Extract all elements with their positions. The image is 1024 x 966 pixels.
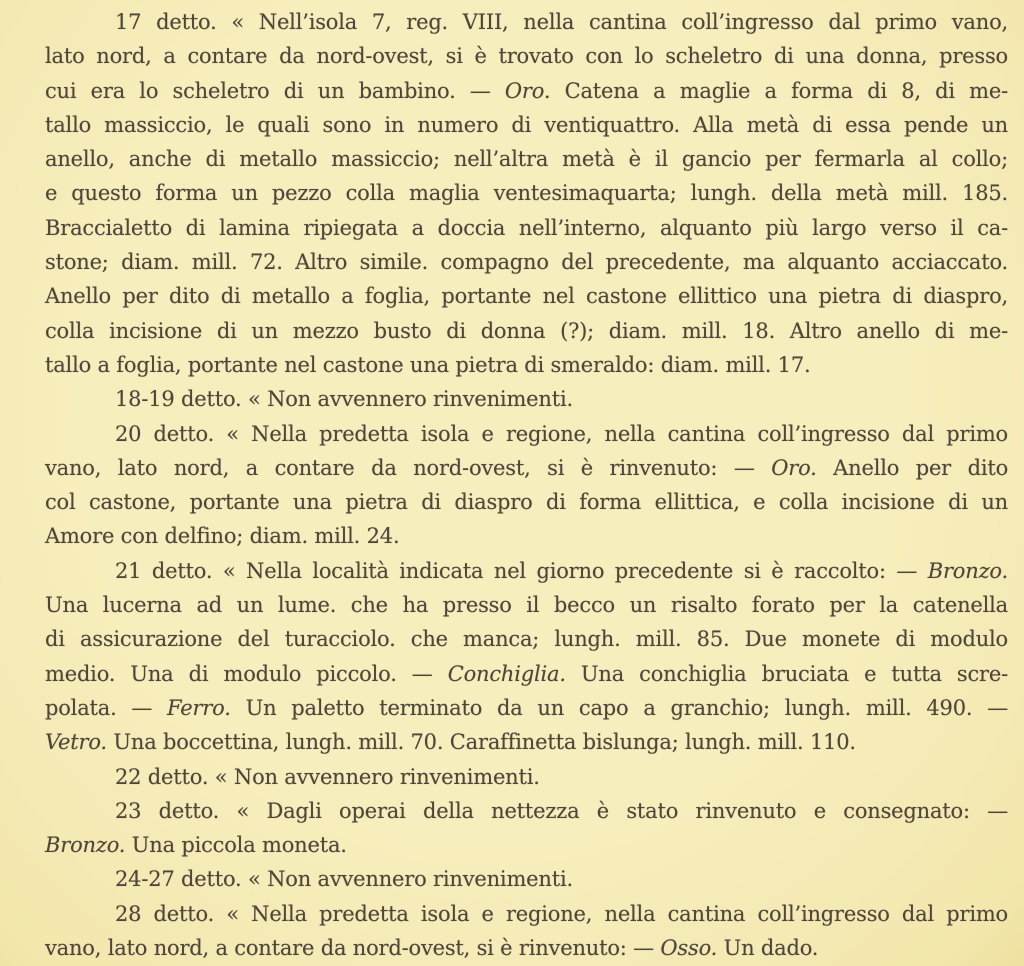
paragraph: 20 detto. « Nella predetta isola e regio… bbox=[45, 417, 1008, 554]
text-segment: colla incisione di un mezzo busto di don… bbox=[45, 319, 1008, 343]
text-segment: 24-27 detto. « Non avvennero rinveniment… bbox=[115, 867, 573, 891]
text-segment: Un dado. bbox=[717, 936, 818, 960]
text-segment: 22 detto. « Non avvennero rinvenimenti. bbox=[115, 765, 540, 789]
text-line: Braccialetto di lamina ripiegata a docci… bbox=[45, 211, 1008, 245]
text-line: 28 detto. « Nella predetta isola e regio… bbox=[45, 897, 1008, 931]
text-segment: 23 detto. « Dagli operai della nettezza … bbox=[115, 799, 1008, 823]
text-segment: Amore con delfino; diam. mill. 24. bbox=[45, 524, 399, 548]
material-term: Osso. bbox=[660, 936, 717, 960]
text-segment: Un paletto terminato da un capo a granch… bbox=[231, 696, 1008, 720]
text-segment: vano, lato nord, a contare da nord-ovest… bbox=[45, 936, 660, 960]
text-segment: e questo forma un pezzo colla maglia ven… bbox=[45, 181, 1008, 205]
text-segment: Una boccettina, lungh. mill. 70. Caraffi… bbox=[107, 730, 856, 754]
text-line: medio. Una di modulo piccolo. — Conchigl… bbox=[45, 657, 1008, 691]
text-line: cui era lo scheletro di un bambino. — Or… bbox=[45, 74, 1008, 108]
text-segment: 21 detto. « Nella località indicata nel … bbox=[115, 559, 928, 583]
paragraph: 23 detto. « Dagli operai della nettezza … bbox=[45, 794, 1008, 863]
text-line: 21 detto. « Nella località indicata nel … bbox=[45, 554, 1008, 588]
material-term: Vetro. bbox=[45, 730, 107, 754]
text-line: Amore con delfino; diam. mill. 24. bbox=[45, 519, 1008, 553]
text-line: colla incisione di un mezzo busto di don… bbox=[45, 314, 1008, 348]
text-block: 17 detto. « Nell’isola 7, reg. VIII, nel… bbox=[45, 5, 1008, 965]
text-line: Anello per dito di metallo a foglia, por… bbox=[45, 279, 1008, 313]
text-segment: Catena a maglie a forma di 8, di me- bbox=[550, 79, 1008, 103]
text-segment: vano, lato nord, a contare da nord-ovest… bbox=[45, 456, 771, 480]
text-segment: di assicurazione del turacciolo. che man… bbox=[45, 627, 1008, 651]
text-segment: col castone, portante una pietra di dias… bbox=[45, 490, 1008, 514]
text-segment: cui era lo scheletro di un bambino. — bbox=[45, 79, 505, 103]
text-segment: Una lucerna ad un lume. che ha presso il… bbox=[45, 593, 1008, 617]
text-line: 23 detto. « Dagli operai della nettezza … bbox=[45, 794, 1008, 828]
text-segment: 28 detto. « Nella predetta isola e regio… bbox=[115, 902, 1008, 926]
text-segment: medio. Una di modulo piccolo. — bbox=[45, 662, 448, 686]
text-line: 17 detto. « Nell’isola 7, reg. VIII, nel… bbox=[45, 5, 1008, 39]
text-line: polata. — Ferro. Un paletto terminato da… bbox=[45, 691, 1008, 725]
text-line: 18-19 detto. « Non avvennero rinveniment… bbox=[45, 382, 1008, 416]
paragraph: 17 detto. « Nell’isola 7, reg. VIII, nel… bbox=[45, 5, 1008, 382]
paragraph: 18-19 detto. « Non avvennero rinveniment… bbox=[45, 382, 1008, 416]
material-term: Bronzo. bbox=[45, 833, 125, 857]
text-segment: Una piccola moneta. bbox=[125, 833, 346, 857]
material-term: Conchiglia. bbox=[448, 662, 566, 686]
text-segment: Braccialetto di lamina ripiegata a docci… bbox=[45, 216, 1008, 240]
paragraph: 24-27 detto. « Non avvennero rinveniment… bbox=[45, 862, 1008, 896]
text-line: stone; diam. mill. 72. Altro simile. com… bbox=[45, 245, 1008, 279]
text-line: tallo a foglia, portante nel castone una… bbox=[45, 348, 1008, 382]
text-segment: Anello per dito di metallo a foglia, por… bbox=[45, 284, 1008, 308]
text-line: vano, lato nord, a contare da nord-ovest… bbox=[45, 451, 1008, 485]
text-segment: lato nord, a contare da nord-ovest, si è… bbox=[45, 44, 1008, 68]
text-line: Bronzo. Una piccola moneta. bbox=[45, 828, 1008, 862]
text-segment: tallo massiccio, le quali sono in numero… bbox=[45, 113, 1008, 137]
text-segment: 18-19 detto. « Non avvennero rinveniment… bbox=[115, 387, 573, 411]
text-line: 22 detto. « Non avvennero rinvenimenti. bbox=[45, 760, 1008, 794]
text-line: di assicurazione del turacciolo. che man… bbox=[45, 622, 1008, 656]
document-page: 17 detto. « Nell’isola 7, reg. VIII, nel… bbox=[0, 0, 1024, 966]
text-segment: 17 detto. « Nell’isola 7, reg. VIII, nel… bbox=[115, 10, 1008, 34]
text-line: 20 detto. « Nella predetta isola e regio… bbox=[45, 417, 1008, 451]
paragraph: 21 detto. « Nella località indicata nel … bbox=[45, 554, 1008, 760]
text-line: e questo forma un pezzo colla maglia ven… bbox=[45, 176, 1008, 210]
text-line: vano, lato nord, a contare da nord-ovest… bbox=[45, 931, 1008, 965]
text-line: col castone, portante una pietra di dias… bbox=[45, 485, 1008, 519]
text-segment: tallo a foglia, portante nel castone una… bbox=[45, 353, 810, 377]
text-segment: anello, anche di metallo massiccio; nell… bbox=[45, 147, 1008, 171]
text-line: lato nord, a contare da nord-ovest, si è… bbox=[45, 39, 1008, 73]
text-segment: Anello per dito bbox=[817, 456, 1008, 480]
text-line: anello, anche di metallo massiccio; nell… bbox=[45, 142, 1008, 176]
material-term: Bronzo. bbox=[928, 559, 1008, 583]
text-line: 24-27 detto. « Non avvennero rinveniment… bbox=[45, 862, 1008, 896]
text-line: tallo massiccio, le quali sono in numero… bbox=[45, 108, 1008, 142]
paragraph: 28 detto. « Nella predetta isola e regio… bbox=[45, 897, 1008, 966]
material-term: Oro. bbox=[771, 456, 816, 480]
text-segment: 20 detto. « Nella predetta isola e regio… bbox=[115, 422, 1008, 446]
text-segment: Una conchiglia bruciata e tutta scre- bbox=[566, 662, 1008, 686]
material-term: Oro. bbox=[505, 79, 550, 103]
text-line: Vetro. Una boccettina, lungh. mill. 70. … bbox=[45, 725, 1008, 759]
text-segment: polata. — bbox=[45, 696, 167, 720]
paragraph: 22 detto. « Non avvennero rinvenimenti. bbox=[45, 760, 1008, 794]
text-line: Una lucerna ad un lume. che ha presso il… bbox=[45, 588, 1008, 622]
material-term: Ferro. bbox=[167, 696, 231, 720]
text-segment: stone; diam. mill. 72. Altro simile. com… bbox=[45, 250, 1008, 274]
